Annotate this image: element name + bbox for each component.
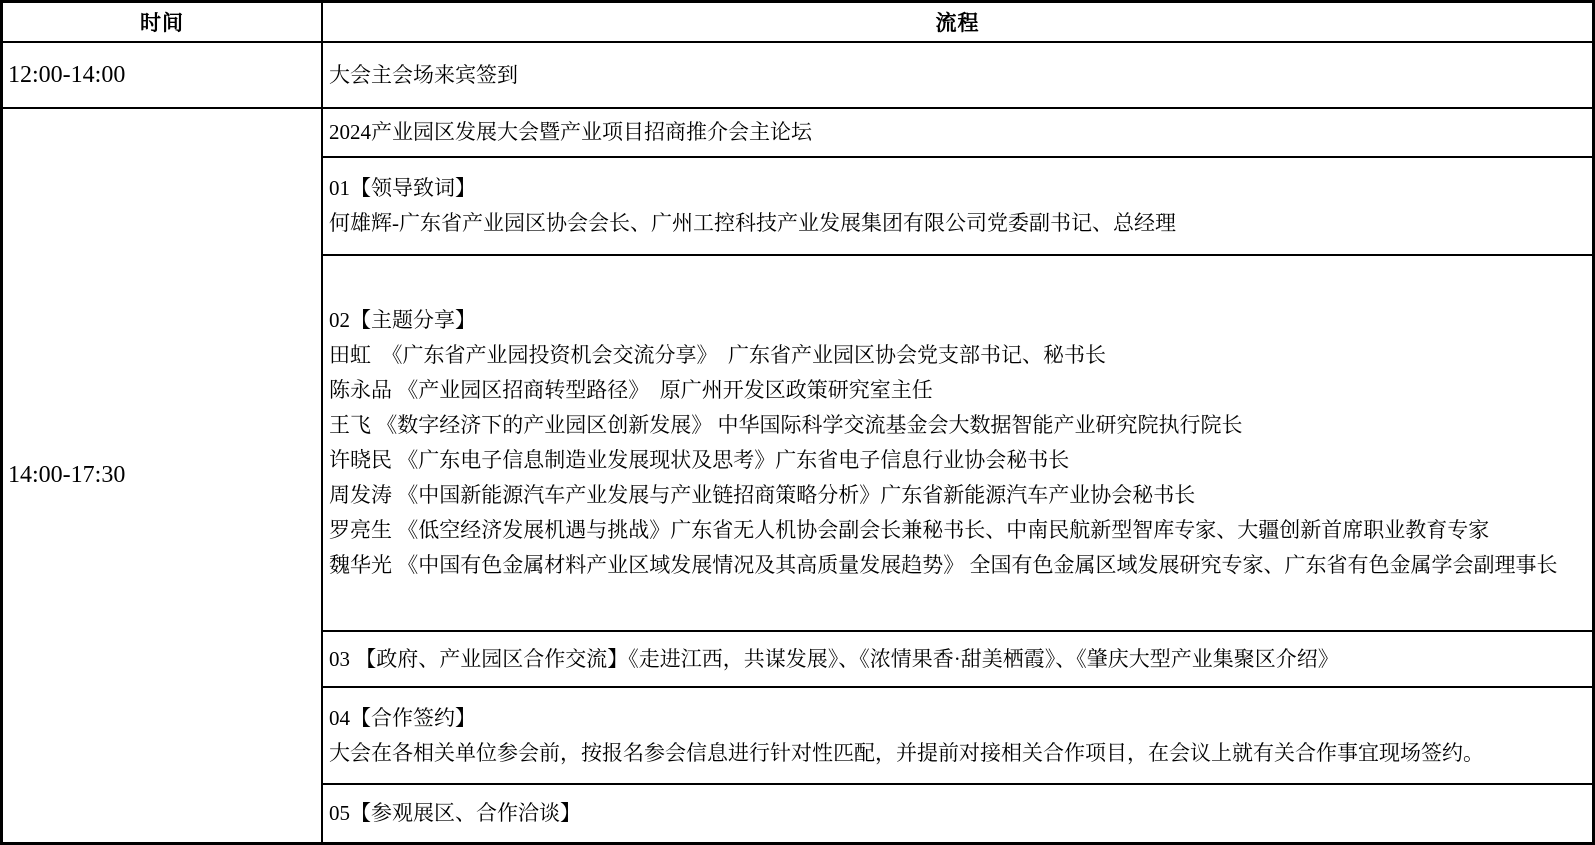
- agenda-table: 时间 流程 12:00-14:00 大会主会场来宾签到 14:00-17:30 …: [0, 0, 1595, 845]
- agenda-line: 魏华光 《中国有色金属材料产业区域发展情况及其高质量发展趋势》 全国有色金属区域…: [329, 548, 1588, 583]
- process-stack-forum: 2024产业园区发展大会暨产业项目招商推介会主论坛 01【领导致词】 何雄辉-广…: [323, 109, 1592, 842]
- agenda-line: 田虹 《广东省产业园投资机会交流分享》 广东省产业园区协会党支部书记、秘书长: [329, 338, 1588, 373]
- agenda-line: 许晓民 《广东电子信息制造业发展现状及思考》广东省电子信息行业协会秘书长: [329, 443, 1588, 478]
- agenda-line: 02【主题分享】: [329, 303, 1588, 338]
- agenda-page: 时间 流程 12:00-14:00 大会主会场来宾签到 14:00-17:30 …: [0, 0, 1595, 845]
- agenda-line: 01【领导致词】: [329, 171, 1588, 206]
- agenda-item-04-signing: 04【合作签约】 大会在各相关单位参会前，按报名参会信息进行针对性匹配，并提前对…: [323, 688, 1592, 785]
- agenda-item-05-exhibition-visit: 05【参观展区、合作洽谈】: [323, 785, 1592, 842]
- agenda-line: 何雄辉-广东省产业园区协会会长、广州工控科技产业发展集团有限公司党委副书记、总经…: [329, 206, 1588, 241]
- agenda-line: 大会在各相关单位参会前，按报名参会信息进行针对性匹配，并提前对接相关合作项目，在…: [329, 736, 1588, 771]
- agenda-item-01-leader-speech: 01【领导致词】 何雄辉-广东省产业园区协会会长、广州工控科技产业发展集团有限公…: [323, 158, 1592, 256]
- process-cell-signin: 大会主会场来宾签到: [323, 43, 1592, 109]
- agenda-line: 04【合作签约】: [329, 701, 1588, 736]
- agenda-line: 陈永品 《产业园区招商转型路径》 原广州开发区政策研究室主任: [329, 373, 1588, 408]
- agenda-line: 2024产业园区发展大会暨产业项目招商推介会主论坛: [329, 115, 1588, 150]
- agenda-line: 05【参观展区、合作洽谈】: [329, 796, 1588, 831]
- header-time: 时间: [3, 3, 323, 43]
- agenda-line: 罗亮生 《低空经济发展机遇与挑战》广东省无人机协会副会长兼秘书长、中南民航新型智…: [329, 513, 1588, 548]
- header-process: 流程: [323, 3, 1592, 43]
- time-cell-signin: 12:00-14:00: [3, 43, 323, 109]
- time-cell-forum: 14:00-17:30: [3, 109, 323, 842]
- agenda-item-03-cooperation-exchange: 03 【政府、产业园区合作交流】《走进江西，共谋发展》、《浓情果香·甜美栖霞》、…: [323, 632, 1592, 688]
- agenda-item-02-theme-sharing: 02【主题分享】 田虹 《广东省产业园投资机会交流分享》 广东省产业园区协会党支…: [323, 256, 1592, 632]
- agenda-line: 03 【政府、产业园区合作交流】《走进江西，共谋发展》、《浓情果香·甜美栖霞》、…: [329, 642, 1588, 677]
- agenda-line: 周发涛 《中国新能源汽车产业发展与产业链招商策略分析》广东省新能源汽车产业协会秘…: [329, 478, 1588, 513]
- agenda-item-forum-title: 2024产业园区发展大会暨产业项目招商推介会主论坛: [323, 109, 1592, 158]
- agenda-line: 大会主会场来宾签到: [329, 58, 1588, 93]
- agenda-line: 王飞 《数字经济下的产业园区创新发展》 中华国际科学交流基金会大数据智能产业研究…: [329, 408, 1588, 443]
